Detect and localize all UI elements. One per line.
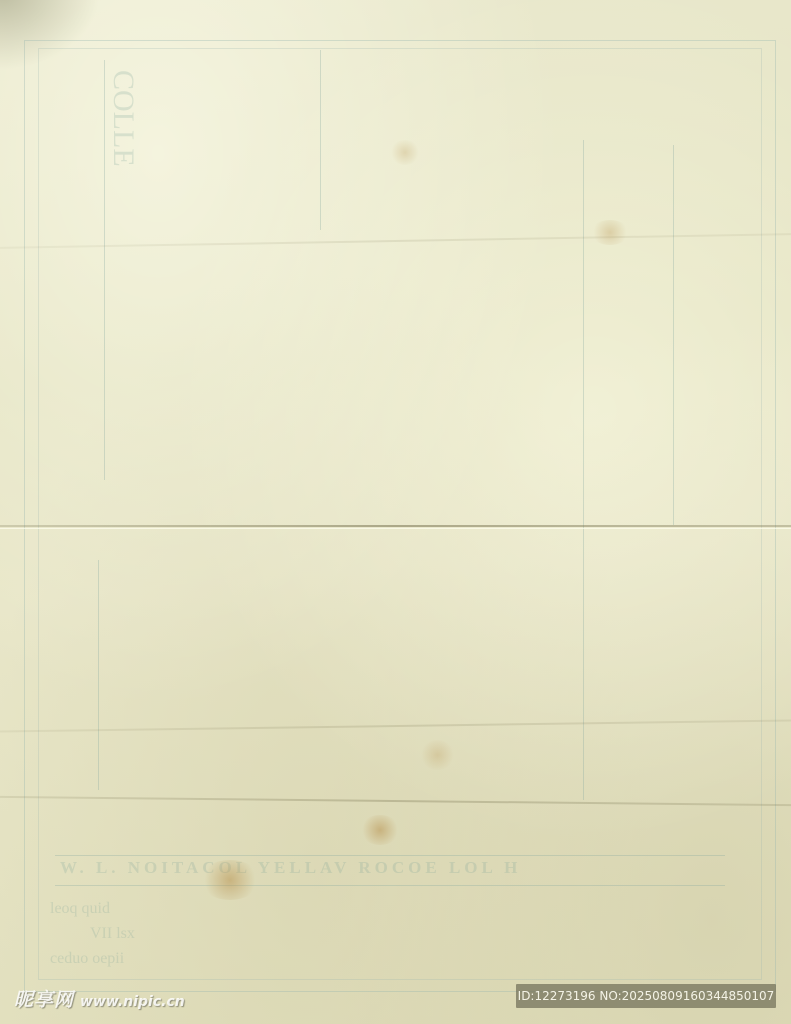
ghost-text-line: ceduo oepii	[50, 950, 124, 968]
form-column-line	[673, 145, 674, 525]
ghost-text-line: VII lsx	[90, 925, 135, 943]
form-border-inner	[38, 48, 762, 980]
form-column-line	[320, 50, 321, 230]
form-row-line	[55, 855, 725, 856]
form-column-line	[98, 560, 99, 790]
ghost-text-band: W. L. NOITACOL YELLAV ROCOE LOL H	[60, 858, 521, 878]
foxing-stain	[200, 860, 260, 900]
form-row-line	[55, 885, 725, 886]
foxing-stain	[420, 740, 455, 770]
form-column-line	[104, 60, 105, 480]
foxing-stain	[390, 140, 420, 165]
paper-texture: COLLE W. L. NOITACOL YELLAV ROCOE LOL H …	[0, 0, 791, 1024]
ghost-text-top: COLLE	[106, 70, 140, 167]
ghost-text-line: leoq quid	[50, 900, 110, 918]
foxing-stain	[590, 220, 630, 245]
watermark-site-name: 昵享网	[14, 985, 74, 1012]
image-id-badge: ID:12273196 NO:20250809160344850107	[516, 984, 776, 1008]
form-column-line	[583, 140, 584, 800]
horizontal-fold-crease	[0, 525, 791, 527]
watermark-url: www.nipic.cn	[80, 994, 185, 1010]
fold-highlight	[0, 528, 791, 529]
site-watermark: 昵享网 www.nipic.cn	[14, 985, 185, 1012]
foxing-stain	[360, 815, 400, 845]
